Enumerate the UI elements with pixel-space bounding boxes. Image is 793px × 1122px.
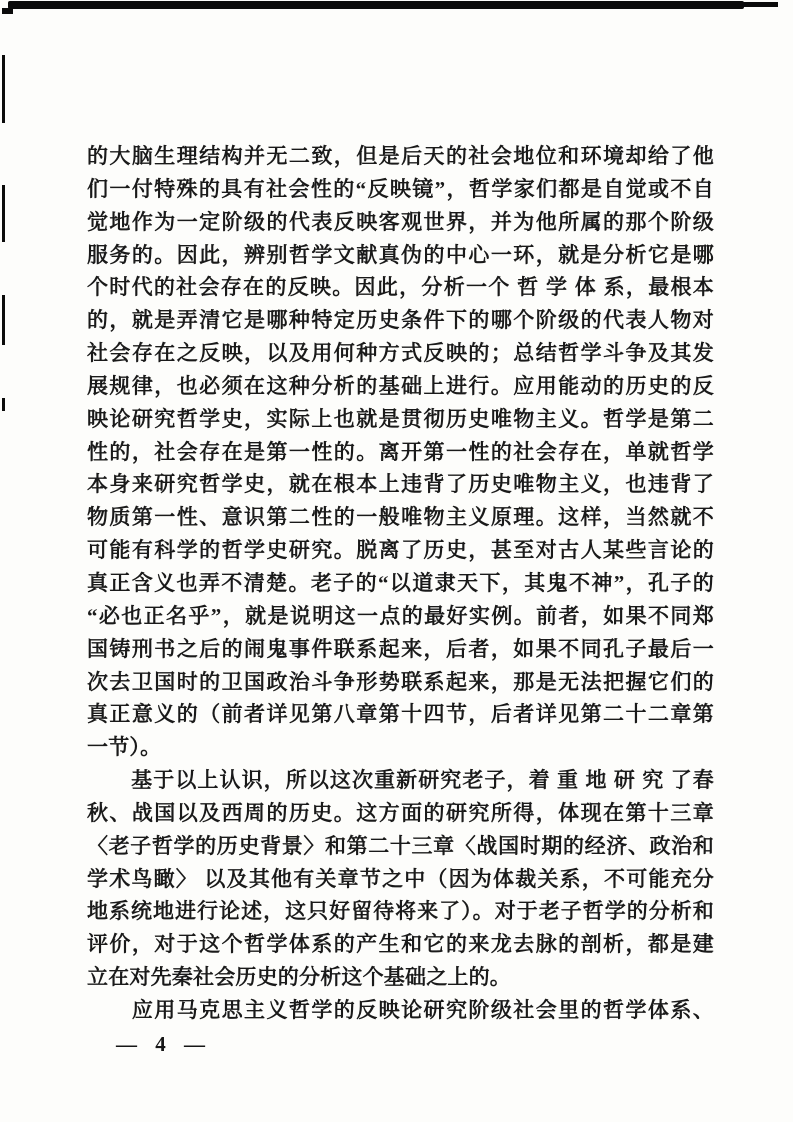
scanned-book-page: 的大脑生理结构并无二致，但是后天的社会地位和环境却给了他们一付特殊的具有社会性的… xyxy=(0,0,793,1122)
text-line: 立在对先秦社会历史的分析这个基础之上的。 xyxy=(87,961,714,994)
scan-artifact-corner-tick xyxy=(2,8,13,14)
text-line: 觉地作为一定阶级的代表反映客观世界，并为他所属的那个阶级 xyxy=(87,206,714,239)
text-line: 物质第一性、意识第二性的一般唯物主义原理。这样，当然就不 xyxy=(87,501,714,534)
text-line: 社会存在之反映，以及用何种方式反映的；总结哲学斗争及其发 xyxy=(87,337,714,370)
text-line: “必也正名乎”，就是说明这一点的最好实例。前者，如果不同郑 xyxy=(87,600,714,633)
text-line: 地系统地进行论述，这只好留待将来了）。对于老子哲学的分析和 xyxy=(87,895,714,928)
text-line: 的，就是弄清它是哪种特定历史条件下的哪个阶级的代表人物对 xyxy=(87,304,714,337)
text-line: 一节）。 xyxy=(87,731,714,764)
text-line: 可能有科学的哲学史研究。脱离了历史，甚至对古人某些言论的 xyxy=(87,534,714,567)
text-line: 服务的。因此，辨别哲学文献真伪的中心一环，就是分析它是哪 xyxy=(87,239,714,272)
text-line: 性的，社会存在是第一性的。离开第一性的社会存在，单就哲学 xyxy=(87,436,714,469)
text-line: 本身来研究哲学史，就在根本上违背了历史唯物主义，也违背了 xyxy=(87,468,714,501)
page-number: — 4 — xyxy=(116,1032,207,1057)
body-text-block: 的大脑生理结构并无二致，但是后天的社会地位和环境却给了他们一付特殊的具有社会性的… xyxy=(87,140,714,1027)
text-line: 映论研究哲学史，实际上也就是贯彻历史唯物主义。哲学是第二 xyxy=(87,403,714,436)
text-line: 次去卫国时的卫国政治斗争形势联系起来，那是无法把握它们的 xyxy=(87,666,714,699)
text-line: 评价，对于这个哲学体系的产生和它的来龙去脉的剖析，都是建 xyxy=(87,928,714,961)
scan-artifact-left-mark-1 xyxy=(2,55,5,123)
text-line: 基于以上认识，所以这次重新研究老子，着 重 地 研 究 了春 xyxy=(87,764,714,797)
text-line: 真正意义的（前者详见第八章第十四节，后者详见第二十二章第 xyxy=(87,698,714,731)
scan-artifact-left-mark-2 xyxy=(2,185,5,242)
text-line: 个时代的社会存在的反映。因此，分析一个 哲 学 体 系，最根本 xyxy=(87,271,714,304)
text-line: 国铸刑书之后的闹鬼事件联系起来，后者，如果不同孔子最后一 xyxy=(87,633,714,666)
text-line: 们一付特殊的具有社会性的“反映镜”，哲学家们都是自觉或不自 xyxy=(87,173,714,206)
text-line: 〈老子哲学的历史背景〉和第二十三章〈战国时期的经济、政治和 xyxy=(87,830,714,863)
text-line: 的大脑生理结构并无二致，但是后天的社会地位和环境却给了他 xyxy=(87,140,714,173)
text-line: 展规律，也必须在这种分析的基础上进行。应用能动的历史的反 xyxy=(87,370,714,403)
scan-artifact-top-edge-bar xyxy=(8,1,744,9)
text-line: 应用马克思主义哲学的反映论研究阶级社会里的哲学体系、 xyxy=(87,994,714,1027)
text-line: 秋、战国以及西周的历史。这方面的研究所得，体现在第十三章 xyxy=(87,797,714,830)
scan-artifact-left-mark-4 xyxy=(2,398,5,411)
scan-artifact-top-edge-tail xyxy=(740,2,778,7)
text-line: 学术鸟瞰〉 以及其他有关章节之中（因为体裁关系，不可能充分 xyxy=(87,863,714,896)
text-line: 真正含义也弄不清楚。老子的“以道隶天下，其鬼不神”，孔子的 xyxy=(87,567,714,600)
scan-artifact-left-mark-3 xyxy=(2,295,5,345)
